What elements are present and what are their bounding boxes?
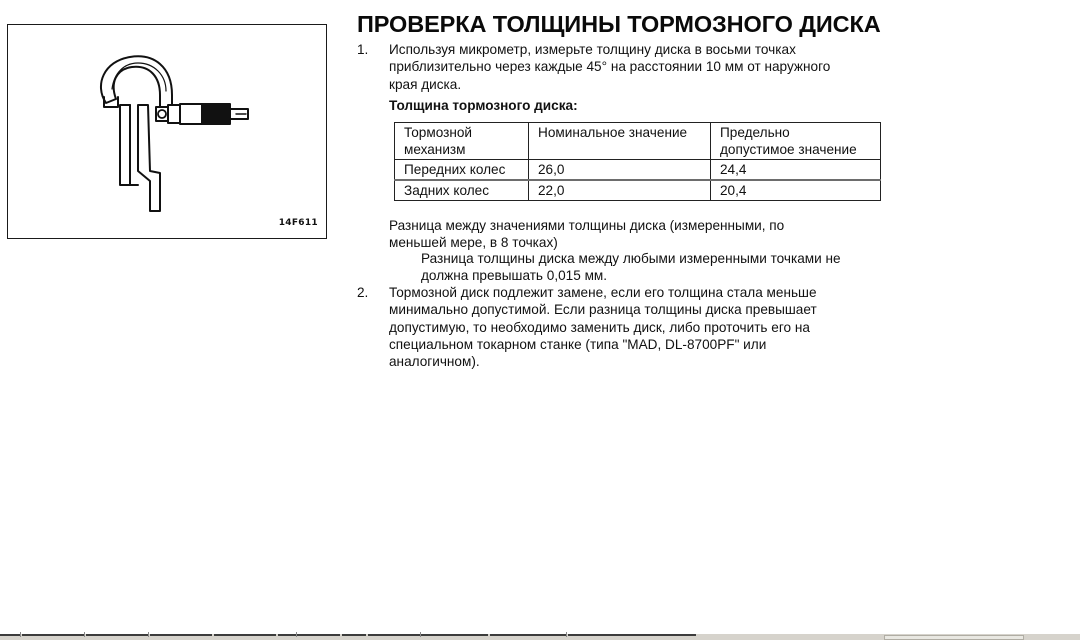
step-1-line-3: края диска. <box>389 76 830 93</box>
cell-limit: 20,4 <box>711 180 881 201</box>
table-caption: Толщина тормозного диска: <box>389 97 578 114</box>
figure-code: 14F611 <box>279 218 318 228</box>
taskbar-button[interactable] <box>278 634 340 636</box>
micrometer-figure: 14F611 <box>7 24 327 239</box>
taskbar-divider <box>148 632 149 637</box>
taskbar-button[interactable] <box>150 634 212 636</box>
table-header-row: Тормозной механизм Номинальное значение … <box>395 123 881 160</box>
table-row: Передних колес 26,0 24,4 <box>395 160 881 181</box>
step-1-number: 1. <box>357 41 368 58</box>
cell-mechanism: Задних колес <box>395 180 529 201</box>
taskbar-button[interactable] <box>214 634 276 636</box>
cell-nominal: 26,0 <box>529 160 711 181</box>
runout-line-2: меньшей мере, в 8 точках) <box>389 234 784 251</box>
step-1-line-1: Используя микрометр, измерьте толщину ди… <box>389 41 830 58</box>
thickness-table: Тормозной механизм Номинальное значение … <box>394 122 881 201</box>
header-nominal: Номинальное значение <box>529 123 711 160</box>
taskbar-divider <box>566 632 567 637</box>
table-row: Задних колес 22,0 20,4 <box>395 180 881 201</box>
cell-nominal: 22,0 <box>529 180 711 201</box>
step-2-line-5: аналогичном). <box>389 353 817 370</box>
taskbar-button[interactable] <box>490 634 566 636</box>
taskbar-button[interactable] <box>368 634 488 636</box>
taskbar-button[interactable] <box>342 634 366 636</box>
step-2-line-3: допустимую, то необходимо заменить диск,… <box>389 319 817 336</box>
step-2-line-1: Тормозной диск подлежит замене, если его… <box>389 284 817 301</box>
cell-mechanism: Передних колес <box>395 160 529 181</box>
taskbar-button[interactable] <box>86 634 148 636</box>
step-2-line-2: минимально допустимой. Если разница толщ… <box>389 301 817 318</box>
runout-requirement-line-2: должна превышать 0,015 мм. <box>421 267 841 284</box>
header-mechanism: Тормозной механизм <box>395 123 529 160</box>
runout-requirement: Разница толщины диска между любыми измер… <box>421 250 841 285</box>
micrometer-icon <box>8 25 328 240</box>
step-1-line-2: приблизительно через каждые 45° на расст… <box>389 58 830 75</box>
taskbar-button[interactable] <box>568 634 696 636</box>
runout-requirement-line-1: Разница толщины диска между любыми измер… <box>421 250 841 267</box>
step-2-number: 2. <box>357 284 368 301</box>
runout-note: Разница между значениями толщины диска (… <box>389 217 784 252</box>
cell-limit: 24,4 <box>711 160 881 181</box>
taskbar-divider <box>420 632 421 637</box>
step-2-line-4: специальном токарном станке (типа "MAD, … <box>389 336 817 353</box>
step-1-text: Используя микрометр, измерьте толщину ди… <box>389 41 830 93</box>
header-limit: Предельно допустимое значение <box>711 123 881 160</box>
taskbar-button[interactable] <box>22 634 84 636</box>
page-title: ПРОВЕРКА ТОЛЩИНЫ ТОРМОЗНОГО ДИСКА <box>357 11 881 38</box>
step-2-text: Тормозной диск подлежит замене, если его… <box>389 284 817 370</box>
taskbar-tray[interactable] <box>884 635 1024 640</box>
taskbar-divider <box>84 632 85 637</box>
runout-line-1: Разница между значениями толщины диска (… <box>389 217 784 234</box>
taskbar-button[interactable] <box>0 634 20 636</box>
taskbar-divider <box>20 632 21 637</box>
taskbar-divider <box>296 632 297 637</box>
